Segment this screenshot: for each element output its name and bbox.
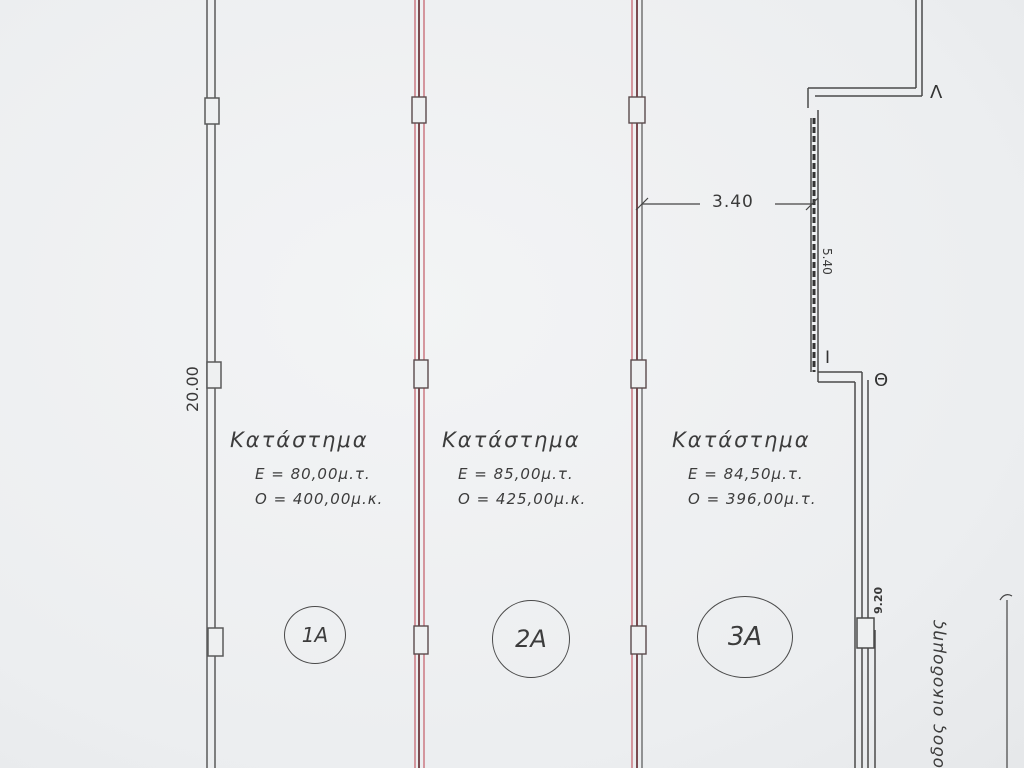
corner-label-theta: Θ [874,370,888,391]
street-line [1000,595,1012,768]
wall-left [205,0,223,768]
shop-3a-area: Ε = 84,50μ.τ. [688,465,804,483]
corner-label-iota: Ι [825,348,830,368]
shop-1a-volume: Ο = 400,00μ.κ. [255,490,383,508]
shop-1a-badge-label: 1A [302,623,328,647]
shop-2a-area: Ε = 85,00μ.τ. [458,465,574,483]
wall-1a-2a [412,0,428,768]
shop-1a-area: Ε = 80,00μ.τ. [255,465,371,483]
shop-1a-title: Κατάστημα [230,428,369,452]
wall-2a-3a [629,0,646,768]
dim-wall-upper: 5.40 [820,248,834,275]
corner-label-lambda: Λ [930,82,942,103]
street-label: οδος οικοδομης [928,618,948,768]
shop-2a-title: Κατάστημα [442,428,581,452]
dim-width-top: 3.40 [712,192,754,212]
shop-2a-badge-label: 2A [515,625,547,653]
dim-length-left: 20.00 [183,366,202,412]
wall-right-stepped [808,0,922,768]
shop-3a-badge: 3A [697,596,793,678]
shop-2a-volume: Ο = 425,00μ.κ. [458,490,586,508]
shop-3a-badge-label: 3A [728,622,762,652]
shop-3a-volume: Ο = 396,00μ.τ. [688,490,817,508]
shop-3a-title: Κατάστημα [672,428,811,452]
floor-plan: Κατάστημα Ε = 80,00μ.τ. Ο = 400,00μ.κ. 1… [0,0,1024,768]
dim-wall-lower: 9.20 [872,587,885,614]
shop-2a-badge: 2A [492,600,570,678]
shop-1a-badge: 1A [284,606,346,664]
